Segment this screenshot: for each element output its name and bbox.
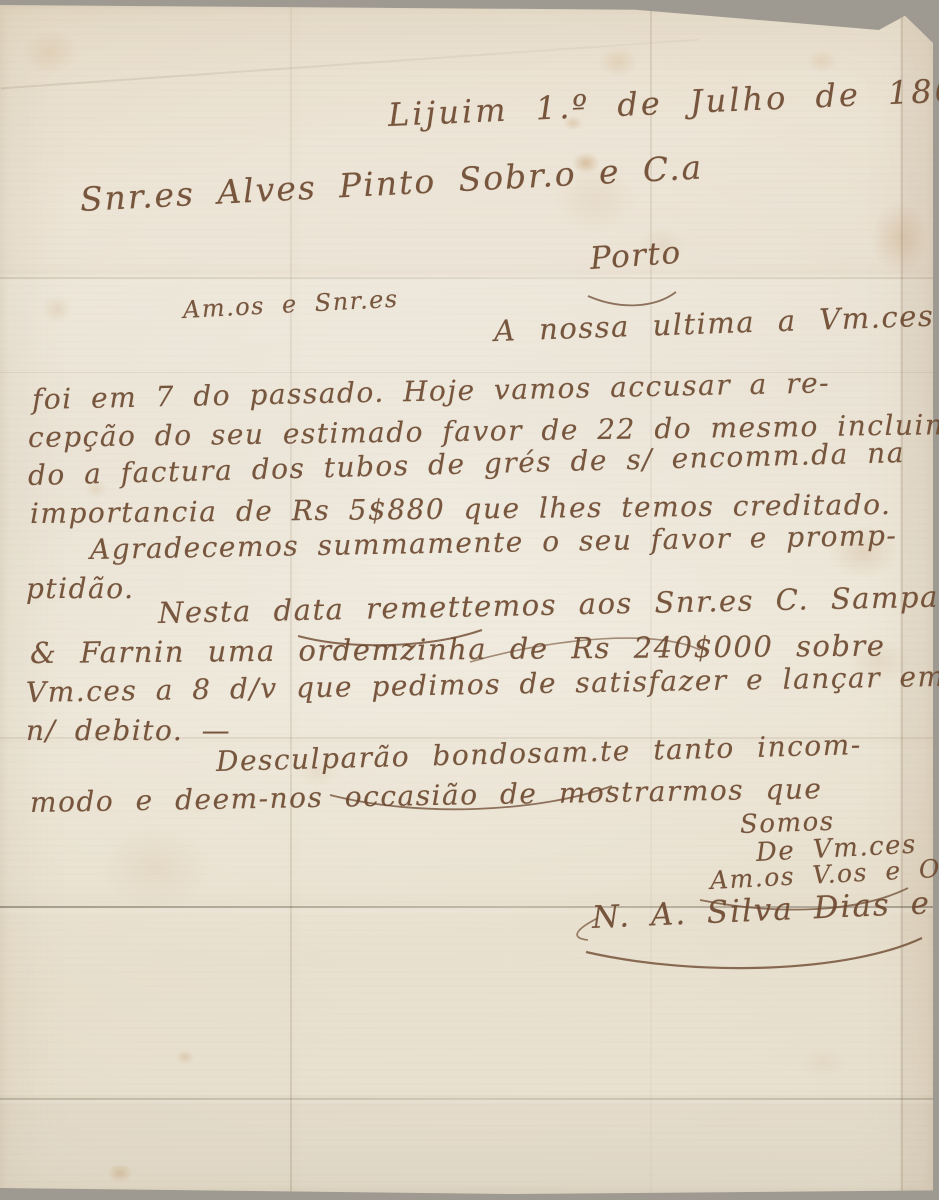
paper-bottom-band — [0, 1095, 933, 1194]
fold-crease-top-flap — [1, 39, 699, 89]
paper-top-band — [0, 5, 933, 275]
body-line: ptidão. — [26, 572, 135, 605]
paper-stain — [172, 1047, 198, 1067]
destination-line: Porto — [589, 235, 683, 277]
scanned-letter-page: { "document": { "kind": "scanned handwri… — [0, 0, 939, 1200]
paper-stain — [790, 1040, 856, 1084]
paper-stain — [35, 290, 79, 328]
fold-crease-h5 — [0, 1098, 933, 1100]
paper-stain — [10, 20, 90, 84]
body-line: n/ debito. — — [26, 714, 231, 747]
paper-stain — [102, 1160, 138, 1186]
paper-stain — [800, 45, 844, 77]
paper-stain — [590, 40, 646, 84]
paper-stain — [80, 810, 230, 925]
paper-stain — [862, 190, 938, 286]
fold-crease-h1 — [0, 277, 933, 279]
